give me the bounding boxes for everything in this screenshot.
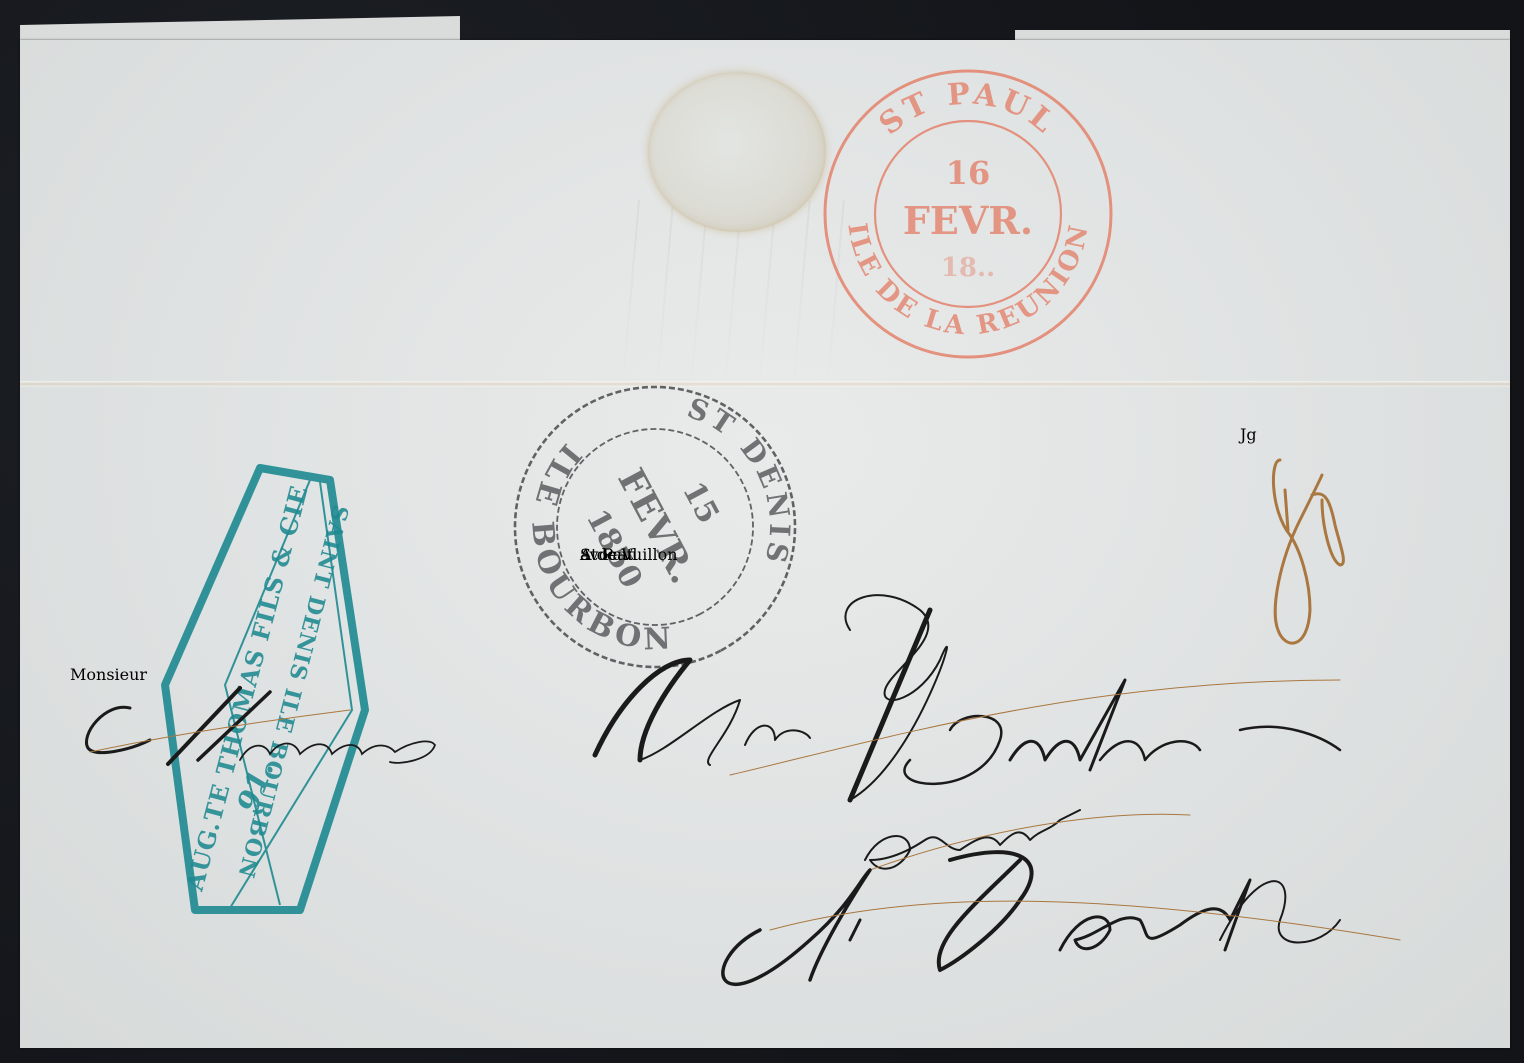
red-postmark-month: FEVR. <box>903 198 1033 243</box>
salutation-handwriting: Monsieur <box>70 680 450 800</box>
red-postmark-year: 18.. <box>941 253 995 283</box>
salutation-text: Monsieur <box>70 665 147 684</box>
docket-text: Jg <box>1238 425 1257 444</box>
docket-mark: Jg <box>1240 440 1380 660</box>
st-paul-red-postmark: ST PAUL ILE DE LA REUNION 16 FEVR. 18.. <box>818 64 1118 364</box>
red-postmark-day: 16 <box>946 154 991 192</box>
addressee-city: St Paul <box>580 545 637 564</box>
scan-background: ST PAUL ILE DE LA REUNION 16 FEVR. 18.. <box>0 0 1524 1063</box>
black-postmark-day: 15 <box>675 476 726 529</box>
wax-seal-residue <box>648 72 826 232</box>
